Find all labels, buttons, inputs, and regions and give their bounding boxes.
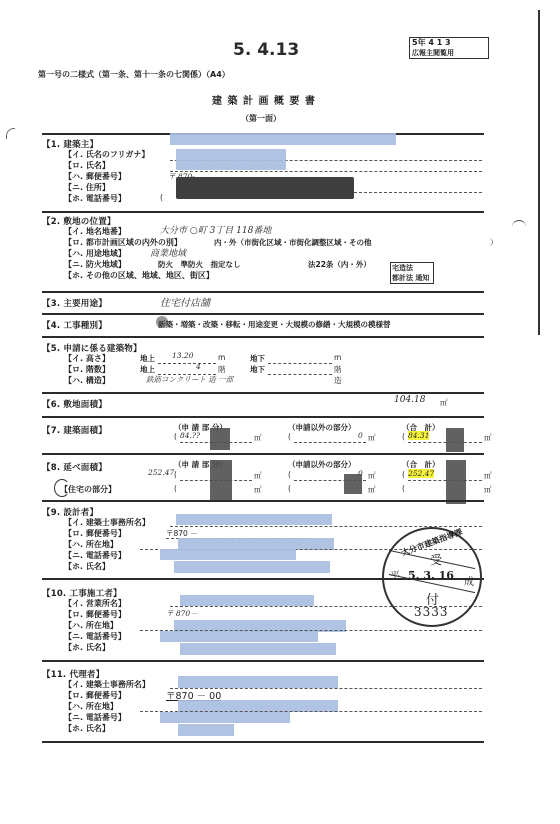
field-line <box>158 363 216 364</box>
redaction <box>160 549 296 560</box>
s5-floors-below-label: 地下 <box>250 364 265 375</box>
s8-paren: ( <box>288 470 291 479</box>
s7-header-other: （申請以外の部分） <box>288 422 356 433</box>
redaction <box>170 133 396 145</box>
s8-total-unit: ㎡ <box>484 470 492 481</box>
corner-stamp: 5年 4 1 3 広報主閲覧用 <box>409 37 489 59</box>
s8-applied-value: 252.47 <box>148 468 174 477</box>
field-line <box>354 192 482 193</box>
divider <box>42 313 484 315</box>
divider <box>42 211 484 213</box>
s10-postal-label: 【ロ. 郵便番号】 <box>64 609 126 620</box>
s9-postal-label: 【ロ. 郵便番号】 <box>64 528 126 539</box>
circle-mark <box>156 316 168 328</box>
divider <box>42 336 484 338</box>
s8-paren: ( <box>174 470 177 479</box>
field-line <box>170 171 482 172</box>
s11-address-label: 【ハ. 所在地】 <box>64 701 118 712</box>
s4-value: 新築・増築・改築・移転・用途変更・大規模の修繕・大規模の模様替 <box>158 319 391 330</box>
s5-height-above-unit: m <box>218 353 225 362</box>
s1-name-label: 【ロ. 氏名】 <box>64 160 110 171</box>
circle-mark <box>54 479 70 497</box>
s7-applied-unit: ㎡ <box>254 432 262 443</box>
s9-phone-label: 【ニ. 電話番号】 <box>64 550 126 561</box>
field-line <box>268 374 332 375</box>
redaction <box>160 631 318 642</box>
s8-applied-unit: ㎡ <box>254 470 262 481</box>
divider <box>42 500 484 502</box>
redaction-blot <box>446 428 464 452</box>
s2-article22: 法22条（内・外） <box>308 259 371 270</box>
s5-structure-unit: 造 <box>334 375 342 386</box>
divider <box>42 453 484 455</box>
redaction <box>180 643 336 655</box>
section-3-label: 【3. 主要用途】 <box>42 297 107 309</box>
s1-furigana-label: 【イ. 氏名のフリガナ】 <box>64 149 149 160</box>
notice-stamp: 宅造法 都計法 通知 <box>390 262 434 284</box>
s9-name-label: 【ホ. 氏名】 <box>64 561 110 572</box>
s7-paren: ( <box>174 432 177 441</box>
s2-lot-label: 【イ. 地名地番】 <box>64 226 126 237</box>
stamp-suffix: 成 <box>464 573 474 588</box>
margin-mark <box>512 220 526 227</box>
s11-phone-label: 【ニ. 電話番号】 <box>64 712 126 723</box>
s1-postal-label: 【ハ. 郵便番号】 <box>64 171 126 182</box>
handwritten-date: 5. 4.13 <box>233 40 299 60</box>
field-line <box>408 480 482 481</box>
stamp-number: 3333 <box>414 605 449 619</box>
redaction <box>176 177 354 199</box>
s11-office-label: 【イ. 建築士事務所名】 <box>64 679 150 690</box>
redaction-blot <box>210 428 230 450</box>
s2-use-zone-label: 【ハ. 用途地域】 <box>64 248 126 259</box>
notice-line2: 都計法 通知 <box>392 273 432 283</box>
s8-paren: ( <box>402 470 405 479</box>
s10-office-label: 【イ. 営業所名】 <box>64 598 126 609</box>
redaction <box>178 676 338 688</box>
s2-planning-area-value: 内・外（市街化区域・市街化調整区域・その他 <box>214 237 372 248</box>
s2-lot-value: 大分市 ○町 3丁目 118番地 <box>160 223 271 236</box>
s8-paren: ( <box>288 484 291 493</box>
s8-paren: ( <box>402 484 405 493</box>
s5-structure-value: 鉄筋コンクリート 造 一部 <box>146 374 233 385</box>
s5-height-below-unit: m <box>334 353 341 362</box>
s11-name-label: 【ホ. 氏名】 <box>64 723 110 734</box>
s5-floors-value: 4 <box>196 362 201 371</box>
divider <box>42 416 484 418</box>
s5-height-below-label: 地下 <box>250 353 265 364</box>
redaction <box>176 149 286 160</box>
s6-unit: ㎡ <box>440 397 448 408</box>
s2-fire-zone-value: 防火 準防火 指定なし <box>158 259 241 270</box>
redaction-blot <box>344 474 362 494</box>
s9-office-label: 【イ. 建築士事務所名】 <box>64 517 150 528</box>
s10-address-label: 【ハ. 所在地】 <box>64 620 118 631</box>
s2-use-zone-value: 商業地域 <box>150 246 186 259</box>
section-6-label: 【6. 敷地面積】 <box>42 398 107 410</box>
redaction-blot <box>446 460 466 504</box>
field-line <box>294 442 366 443</box>
page-subtitle: （第一面） <box>241 113 281 124</box>
section-8-label: 【8. 延べ面積】 <box>42 461 107 473</box>
s3-value: 住宅付店舗 <box>160 294 210 309</box>
field-line <box>268 363 332 364</box>
section-7-label: 【7. 建築面積】 <box>42 424 107 436</box>
section-4-label: 【4. 工事種別】 <box>42 319 107 331</box>
s8-paren: ( <box>174 484 177 493</box>
margin-mark <box>6 128 15 139</box>
s2-other-zone-label: 【ホ. その他の区域、地域、地区、街区】 <box>64 270 214 281</box>
s1-address-label: 【ニ. 住所】 <box>64 182 110 193</box>
right-margin-line <box>538 10 540 335</box>
s2-planning-area-close: ） <box>490 237 498 248</box>
s7-total-unit: ㎡ <box>484 432 492 443</box>
s9-address-label: 【ハ. 所在地】 <box>64 539 118 550</box>
corner-stamp-line1: 5年 4 1 3 <box>412 38 486 48</box>
s1-phone-value: ( <box>160 193 163 202</box>
s5-height-value: 13.20 <box>172 351 193 360</box>
s5-structure-label: 【ハ. 構造】 <box>64 375 110 386</box>
s8-res-other-unit: ㎡ <box>368 484 376 495</box>
divider <box>42 660 484 662</box>
s2-fire-zone-label: 【ニ. 防火地域】 <box>64 259 126 270</box>
s7-applied-value: 84.?? <box>180 431 200 440</box>
divider <box>42 392 484 394</box>
s5-floors-below-unit: 階 <box>334 364 342 375</box>
divider <box>42 291 484 293</box>
redaction <box>178 724 234 736</box>
redaction <box>180 595 314 606</box>
redaction <box>174 561 330 573</box>
s8-res-applied-unit: ㎡ <box>254 484 262 495</box>
s7-other-unit: ㎡ <box>368 432 376 443</box>
redaction <box>176 160 286 170</box>
s10-name-label: 【ホ. 氏名】 <box>64 642 110 653</box>
receipt-stamp: 大分市建築指導課 受 平 5. 3. 16 成 付 3333 <box>382 527 482 627</box>
s5-height-label: 【イ. 高さ】 <box>64 353 110 364</box>
corner-stamp-line2: 広報主閲覧用 <box>412 48 486 58</box>
s10-postal-value: 〒 870－ <box>166 608 198 619</box>
s11-postal-label: 【ロ. 郵便番号】 <box>64 690 126 701</box>
field-line <box>408 442 482 443</box>
s1-phone-label: 【ホ. 電話番号】 <box>64 193 126 204</box>
divider <box>42 741 484 743</box>
redaction <box>160 712 290 723</box>
s8-res-total-unit: ㎡ <box>484 484 492 495</box>
s8-other-unit: ㎡ <box>368 470 376 481</box>
s7-paren: ( <box>402 432 405 441</box>
s7-other-value: 0 <box>358 431 363 440</box>
notice-line1: 宅造法 <box>392 263 432 273</box>
redaction-blot <box>210 460 232 502</box>
s8-header-other: （申請以外の部分） <box>288 459 356 470</box>
s7-paren: ( <box>288 432 291 441</box>
s5-height-above-label: 地上 <box>140 353 155 364</box>
s5-floors-label: 【ロ. 階数】 <box>64 364 110 375</box>
document-title: 建 築 計 画 概 要 書 <box>212 92 316 107</box>
form-reference: 第一号の二様式（第一条、第十一条の七関係）（A4） <box>38 69 230 80</box>
s8-total-value: 252.47 <box>408 469 434 478</box>
redaction <box>176 514 332 525</box>
s6-value: 104.18 <box>394 395 426 405</box>
s10-phone-label: 【ニ. 電話番号】 <box>64 631 126 642</box>
s7-total-value: 84.31 <box>408 431 429 440</box>
